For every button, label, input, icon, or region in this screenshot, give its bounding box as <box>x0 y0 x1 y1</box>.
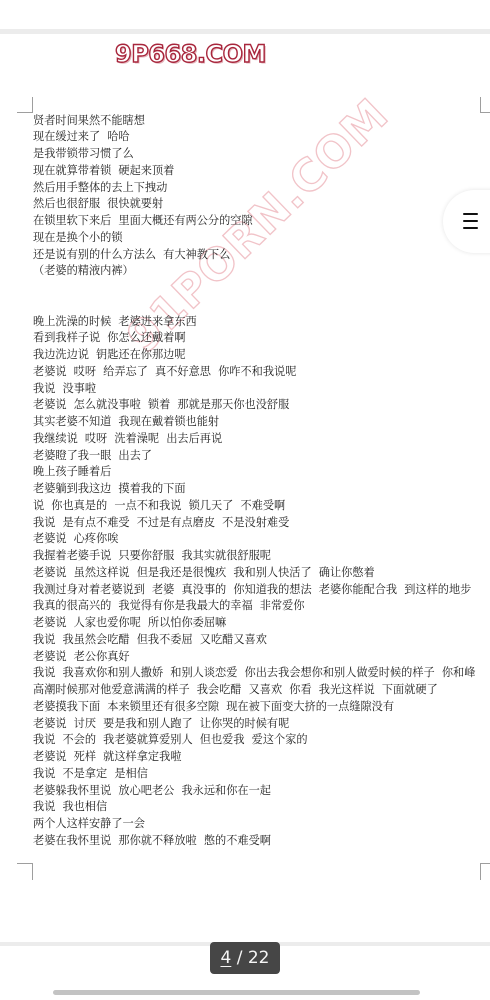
hamburger-menu-icon <box>463 213 478 230</box>
text-line: 我说 不会的 我老婆就算爱别人 但也爱我 爱这个家的 <box>33 732 475 749</box>
text-line: 现在缓过来了 哈哈 <box>33 129 475 146</box>
page-indicator[interactable]: 4 / 22 <box>210 942 280 974</box>
text-line: 老婆说 讨厌 要是我和别人跑了 让你哭的时候有呢 <box>33 716 475 733</box>
text-line: 现在是换个小的锁 <box>33 230 475 247</box>
crop-mark-top-left <box>17 97 33 113</box>
text-line: 我握着老婆手说 只要你舒服 我其实就很舒服呢 <box>33 548 475 565</box>
text-line: 老婆摸我下面 本来锁里还有很多空隙 现在被下面变大挤的一点缝隙没有 <box>33 699 475 716</box>
text-line: 老婆说 虽然这样说 但是我还是很愧疚 我和别人快活了 确让你憋着 <box>33 565 475 582</box>
paragraph: 贤者时间果然不能瞎想现在缓过来了 哈哈是我带锁带习惯了么现在就算带着锁 硬起来顶… <box>33 113 475 281</box>
text-line: 在锁里软下来后 里面大概还有两公分的空隙 <box>33 213 475 230</box>
menu-icon-bar <box>463 227 478 229</box>
text-line: 老婆躲我怀里说 放心吧老公 我永远和你在一起 <box>33 783 475 800</box>
page-separator: / <box>231 948 248 968</box>
text-line: 我说 是有点不难受 不过是有点磨皮 不是没射难受 <box>33 515 475 532</box>
crop-mark-bottom-right <box>480 863 490 880</box>
current-page-number[interactable]: 4 <box>220 948 231 968</box>
text-line: 两个人这样安静了一会 <box>33 816 475 833</box>
text-line: 还是说有别的什么方法么 有大神教下么 <box>33 247 475 264</box>
text-line: 我说 不是拿定 是相信 <box>33 766 475 783</box>
top-watermark: 9P668.COM <box>115 40 266 68</box>
text-line: 然后也很舒服 很快就要射 <box>33 196 475 213</box>
text-line: 老婆说 死样 就这样拿定我啦 <box>33 749 475 766</box>
document-page-text: 贤者时间果然不能瞎想现在缓过来了 哈哈是我带锁带习惯了么现在就算带着锁 硬起来顶… <box>33 113 475 850</box>
text-line: 我说 我也相信 <box>33 799 475 816</box>
horizontal-scrollbar[interactable] <box>53 990 420 995</box>
text-line: 我真的很高兴的 我觉得有你是我最大的幸福 非常爱你 <box>33 598 475 615</box>
text-line: 贤者时间果然不能瞎想 <box>33 113 475 130</box>
text-line: 然后用手整体的去上下拽动 <box>33 180 475 197</box>
total-pages: 22 <box>248 948 270 968</box>
paragraph: 晚上洗澡的时候 老婆进来拿东西看到我样子说 你怎么还戴着啊我边洗边说 钥匙还在你… <box>33 314 475 850</box>
text-line: 我说 我喜欢你和别人撒娇 和别人谈恋爱 你出去我会想你和别人做爱时候的样子 你和… <box>33 665 475 682</box>
menu-icon-bar <box>463 220 478 222</box>
text-line: （老婆的精液内裤） <box>33 263 475 280</box>
text-line: 现在就算带着锁 硬起来顶着 <box>33 163 475 180</box>
text-line: 我边洗边说 钥匙还在你那边呢 <box>33 347 475 364</box>
text-line: 老婆说 老公你真好 <box>33 649 475 666</box>
text-line: 老婆瞪了我一眼 出去了 <box>33 448 475 465</box>
text-line: 老婆在我怀里说 那你就不释放啦 憋的不难受啊 <box>33 833 475 850</box>
text-line: 老婆说 哎呀 给弄忘了 真不好意思 你咋不和我说呢 <box>33 364 475 381</box>
text-line: 晚上孩子睡着后 <box>33 464 475 481</box>
text-line: 老婆说 人家也爱你呢 所以怕你委屈嘛 <box>33 615 475 632</box>
menu-icon-bar <box>463 213 478 215</box>
text-line: 老婆说 心疼你唉 <box>33 531 475 548</box>
text-line: 老婆躺到我这边 摸着我的下面 <box>33 481 475 498</box>
text-line: 我测过身对着老婆说到 老婆 真没事的 你知道我的想法 老婆你能配合我 到这样的地… <box>33 582 475 599</box>
text-line: 说 你也真是的 一点不和我说 锁几天了 不难受啊 <box>33 498 475 515</box>
text-line: 看到我样子说 你怎么还戴着啊 <box>33 330 475 347</box>
text-line: 其实老婆不知道 我现在戴着锁也能射 <box>33 414 475 431</box>
text-line: 高潮时候那对他爱意满满的样子 我会吃醋 又喜欢 你看 我光这样说 下面就硬了 <box>33 682 475 699</box>
page-gap-top <box>0 29 490 34</box>
crop-mark-bottom-left <box>17 863 33 880</box>
text-line: 我说 没事啦 <box>33 381 475 398</box>
text-line: 我说 我虽然会吃醋 但我不委屈 又吃醋又喜欢 <box>33 632 475 649</box>
text-line: 晚上洗澡的时候 老婆进来拿东西 <box>33 314 475 331</box>
crop-mark-top-right <box>480 97 490 113</box>
text-line: 是我带锁带习惯了么 <box>33 146 475 163</box>
text-line: 老婆说 怎么就没事啦 锁着 那就是那天你也没舒服 <box>33 397 475 414</box>
text-line: 我继续说 哎呀 洗着澡呢 出去后再说 <box>33 431 475 448</box>
